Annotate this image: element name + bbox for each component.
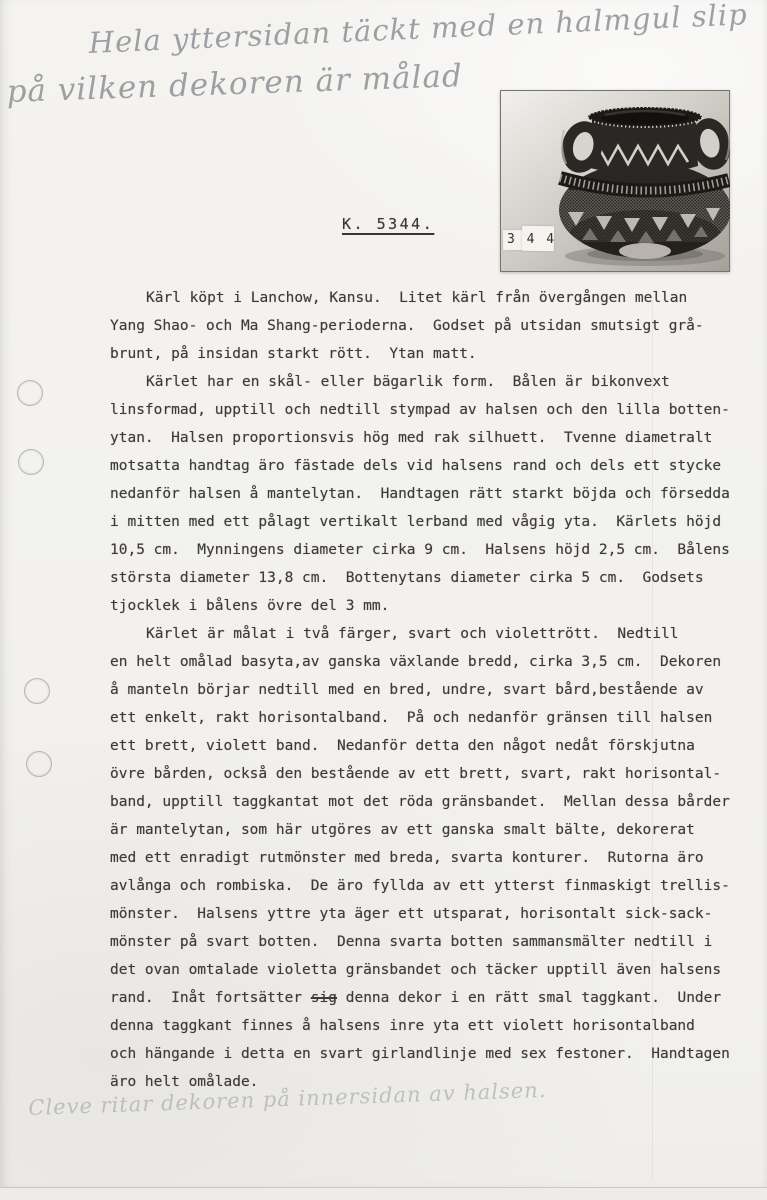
text-line: linsformad, upptill och nedtill stympad …	[110, 396, 756, 424]
text-line: och hängande i detta en svart girlandlin…	[110, 1040, 756, 1068]
text-line: brunt, på insidan starkt rött. Ytan matt…	[110, 340, 756, 368]
handwritten-annotation-line2: på vilken dekoren är målad	[6, 58, 463, 110]
text-line: nedanför halsen å mantelytan. Handtagen …	[110, 480, 756, 508]
text-line: det ovan omtalade violetta gränsbandet o…	[110, 956, 756, 984]
punch-hole	[18, 449, 44, 475]
text-line: tjocklek i bålens övre del 3 mm.	[110, 592, 756, 620]
text-line: band, upptill taggkantat mot det röda gr…	[110, 788, 756, 816]
page-bottom-edge	[0, 1187, 767, 1200]
handwritten-annotation-line1: Hela yttersidan täckt med en halmgul sli…	[88, 0, 748, 60]
text-line: 10,5 cm. Mynningens diameter cirka 9 cm.…	[110, 536, 756, 564]
text-line: ytan. Halsen proportionsvis hög med rak …	[110, 424, 756, 452]
text-line-with-strikethrough: rand. Inåt fortsätter sig denna dekor i …	[110, 984, 756, 1012]
text-line: ett enkelt, rakt horisontalband. På och …	[110, 704, 756, 732]
punch-hole	[17, 380, 43, 406]
text-line: Kärlet har en skål- eller bägarlik form.…	[110, 368, 756, 396]
photo-label-digits: 3 4 4	[507, 231, 556, 249]
paper-crease	[652, 300, 653, 1180]
text-line: Yang Shao- och Ma Shang-perioderna. Gods…	[110, 312, 756, 340]
text-line: avlånga och rombiska. De äro fyllda av e…	[110, 872, 756, 900]
text-line: största diameter 13,8 cm. Bottenytans di…	[110, 564, 756, 592]
text-line: med ett enradigt rutmönster med breda, s…	[110, 844, 756, 872]
text-line: i mitten med ett pålagt vertikalt lerban…	[110, 508, 756, 536]
text-line: ett brett, violett band. Nedanför detta …	[110, 732, 756, 760]
text-line: övre bården, också den bestående av ett …	[110, 760, 756, 788]
punch-hole	[26, 751, 52, 777]
text-line: Kärlet är målat i två färger, svart och …	[110, 620, 756, 648]
text-line: mönster på svart botten. Denna svarta bo…	[110, 928, 756, 956]
text-segment: rand. Inåt fortsätter	[110, 990, 311, 1006]
text-segment: denna dekor i en rätt smal taggkant. Und…	[337, 990, 721, 1006]
text-line: denna taggkant finnes å halsens inre yta…	[110, 1012, 756, 1040]
text-line: en helt omålad basyta,av ganska växlande…	[110, 648, 756, 676]
scanned-document-page: Hela yttersidan täckt med en halmgul sli…	[0, 0, 767, 1200]
struck-word: sig	[311, 990, 337, 1006]
punch-hole	[24, 678, 50, 704]
catalog-number-heading: K. 5344.	[342, 215, 434, 233]
text-line: motsatta handtag äro fästade dels vid ha…	[110, 452, 756, 480]
text-line: mönster. Halsens yttre yta äger ett utsp…	[110, 900, 756, 928]
text-line: är mantelytan, som här utgöres av ett ga…	[110, 816, 756, 844]
vessel-photo: 3 4 4	[500, 90, 730, 272]
text-line: å manteln börjar nedtill med en bred, un…	[110, 676, 756, 704]
typewritten-text: Kärl köpt i Lanchow, Kansu. Litet kärl f…	[110, 284, 756, 1096]
text-line: Kärl köpt i Lanchow, Kansu. Litet kärl f…	[110, 284, 756, 312]
